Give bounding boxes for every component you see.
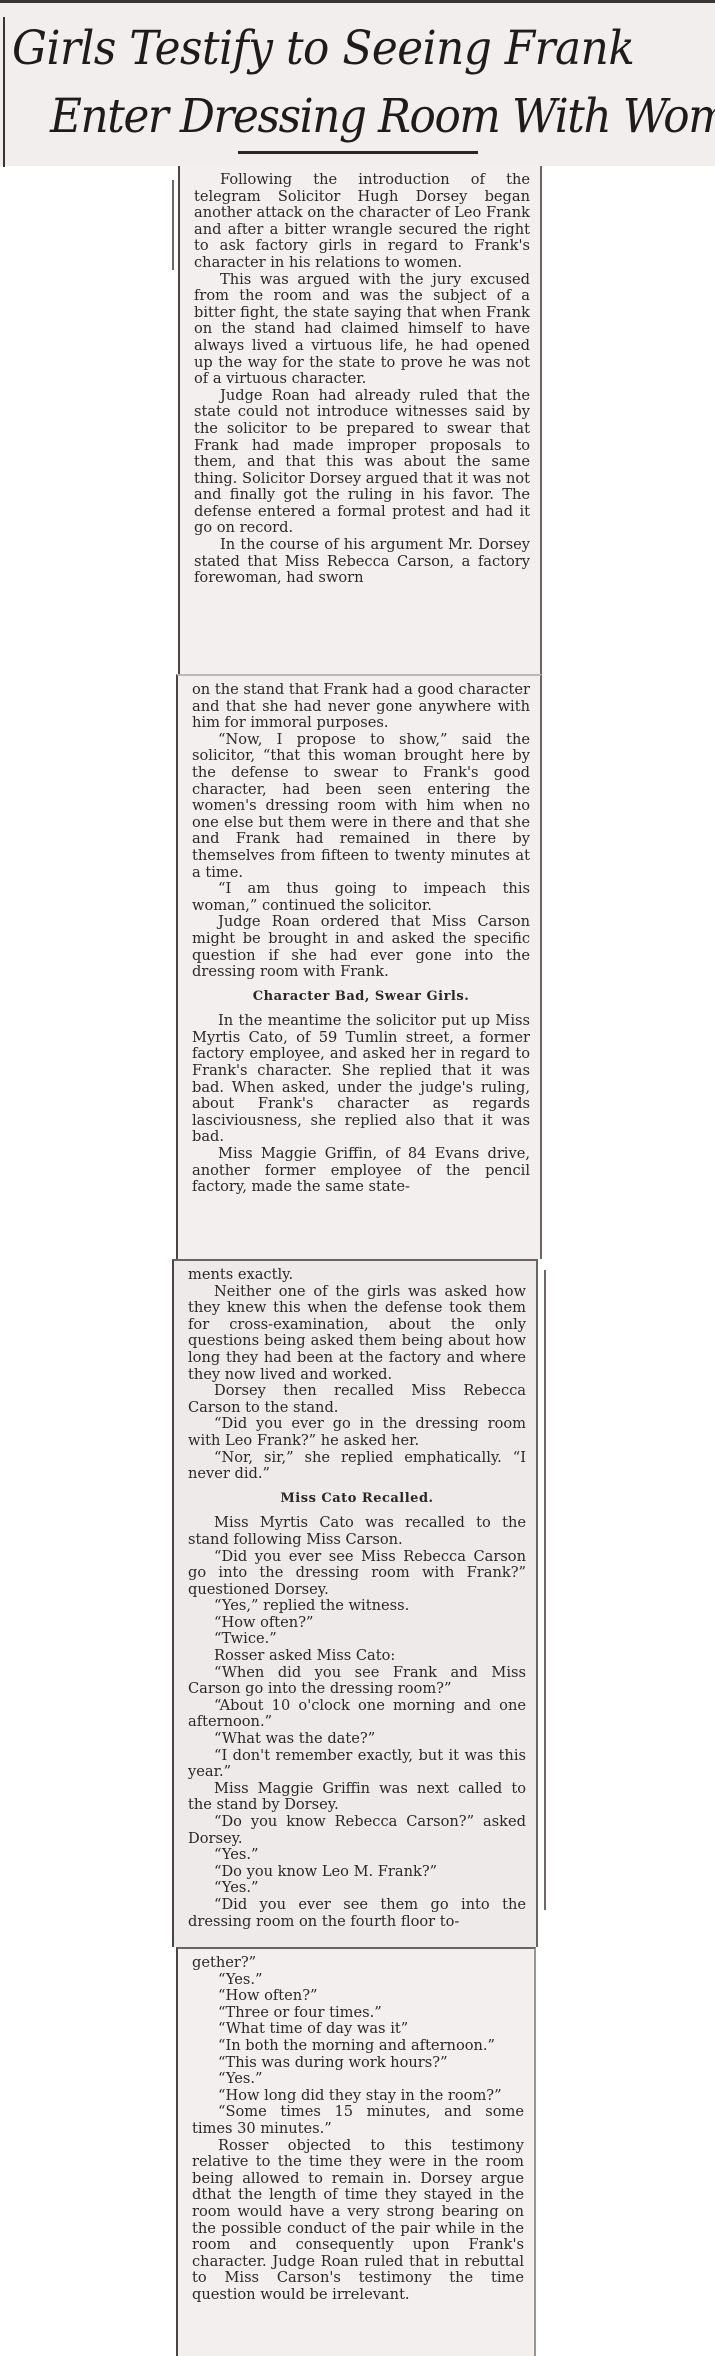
article-segment-1: Following the introduction of the telegr… xyxy=(178,166,542,674)
paragraph: “Yes,” replied the witness. xyxy=(188,1598,526,1615)
paragraph: “Yes.” xyxy=(192,1972,524,1989)
paragraph: “How often?” xyxy=(188,1615,526,1632)
paragraph: Miss Myrtis Cato was recalled to the sta… xyxy=(188,1515,526,1548)
paragraph: Neither one of the girls was asked how t… xyxy=(188,1284,526,1384)
headline-divider xyxy=(238,151,478,154)
paragraph-continued: gether?” xyxy=(192,1955,524,1972)
paragraph: Rosser asked Miss Cato: xyxy=(188,1648,526,1665)
paragraph: “Some times 15 minutes, and some times 3… xyxy=(192,2104,524,2137)
paragraph: “This was during work hours?” xyxy=(192,2055,524,2072)
article-segment-4: gether?” “Yes.” “How often?” “Three or f… xyxy=(176,1947,536,2356)
article-segment-3: ments exactly. Neither one of the girls … xyxy=(172,1259,538,1947)
paragraph: “I don't remember exactly, but it was th… xyxy=(188,1748,526,1781)
paragraph: “How long did they stay in the room?” xyxy=(192,2088,524,2105)
headline-line-2: Enter Dressing Room With Woman xyxy=(50,89,715,144)
paragraph: Following the introduction of the telegr… xyxy=(194,172,530,272)
paragraph: In the meantime the solicitor put up Mis… xyxy=(192,1013,530,1146)
paragraph: “Three or four times.” xyxy=(192,2005,524,2022)
paragraph: “Do you know Leo M. Frank?” xyxy=(188,1864,526,1881)
column-rule xyxy=(3,17,5,167)
paragraph: “Yes.” xyxy=(192,2071,524,2088)
paragraph: “Did you ever see them go into the dress… xyxy=(188,1897,526,1930)
paragraph-continued: on the stand that Frank had a good chara… xyxy=(192,682,530,732)
paragraph-continued: ments exactly. xyxy=(188,1267,526,1284)
paragraph: “When did you see Frank and Miss Carson … xyxy=(188,1665,526,1698)
paragraph: “Now, I propose to show,” said the solic… xyxy=(192,732,530,881)
paragraph: “Did you ever go in the dressing room wi… xyxy=(188,1416,526,1449)
paragraph: Rosser objected to this testimony relati… xyxy=(192,2138,524,2304)
paragraph: “I am thus going to impeach this woman,”… xyxy=(192,881,530,914)
subheading: Character Bad, Swear Girls. xyxy=(192,989,530,1006)
headline-line-1: Girls Testify to Seeing Frank xyxy=(12,21,634,76)
headline-block: Girls Testify to Seeing Frank Enter Dres… xyxy=(0,0,715,166)
paragraph: This was argued with the jury excused fr… xyxy=(194,272,530,388)
paragraph: Miss Maggie Griffin was next called to t… xyxy=(188,1781,526,1814)
adjacent-column-edge xyxy=(172,180,174,270)
article-segment-2: on the stand that Frank had a good chara… xyxy=(176,674,542,1259)
paragraph: “About 10 o'clock one morning and one af… xyxy=(188,1698,526,1731)
paragraph: In the course of his argument Mr. Dorsey… xyxy=(194,537,530,587)
paragraph: “In both the morning and afternoon.” xyxy=(192,2038,524,2055)
paragraph: “What was the date?” xyxy=(188,1731,526,1748)
adjacent-column-edge xyxy=(544,1270,546,1910)
paragraph: Judge Roan ordered that Miss Carson migh… xyxy=(192,914,530,980)
paragraph: Judge Roan had already ruled that the st… xyxy=(194,388,530,537)
paragraph: “Yes.” xyxy=(188,1847,526,1864)
paragraph: “What time of day was it” xyxy=(192,2021,524,2038)
subheading: Miss Cato Recalled. xyxy=(188,1491,526,1508)
paragraph: “Nor, sir,” she replied emphatically. “I… xyxy=(188,1450,526,1483)
paragraph: Miss Maggie Griffin, of 84 Evans drive, … xyxy=(192,1146,530,1196)
paragraph: “How often?” xyxy=(192,1988,524,2005)
paragraph: “Twice.” xyxy=(188,1631,526,1648)
paragraph: Dorsey then recalled Miss Rebecca Carson… xyxy=(188,1383,526,1416)
paragraph: “Did you ever see Miss Rebecca Carson go… xyxy=(188,1549,526,1599)
paragraph: “Do you know Rebecca Carson?” asked Dors… xyxy=(188,1814,526,1847)
paragraph: “Yes.” xyxy=(188,1880,526,1897)
